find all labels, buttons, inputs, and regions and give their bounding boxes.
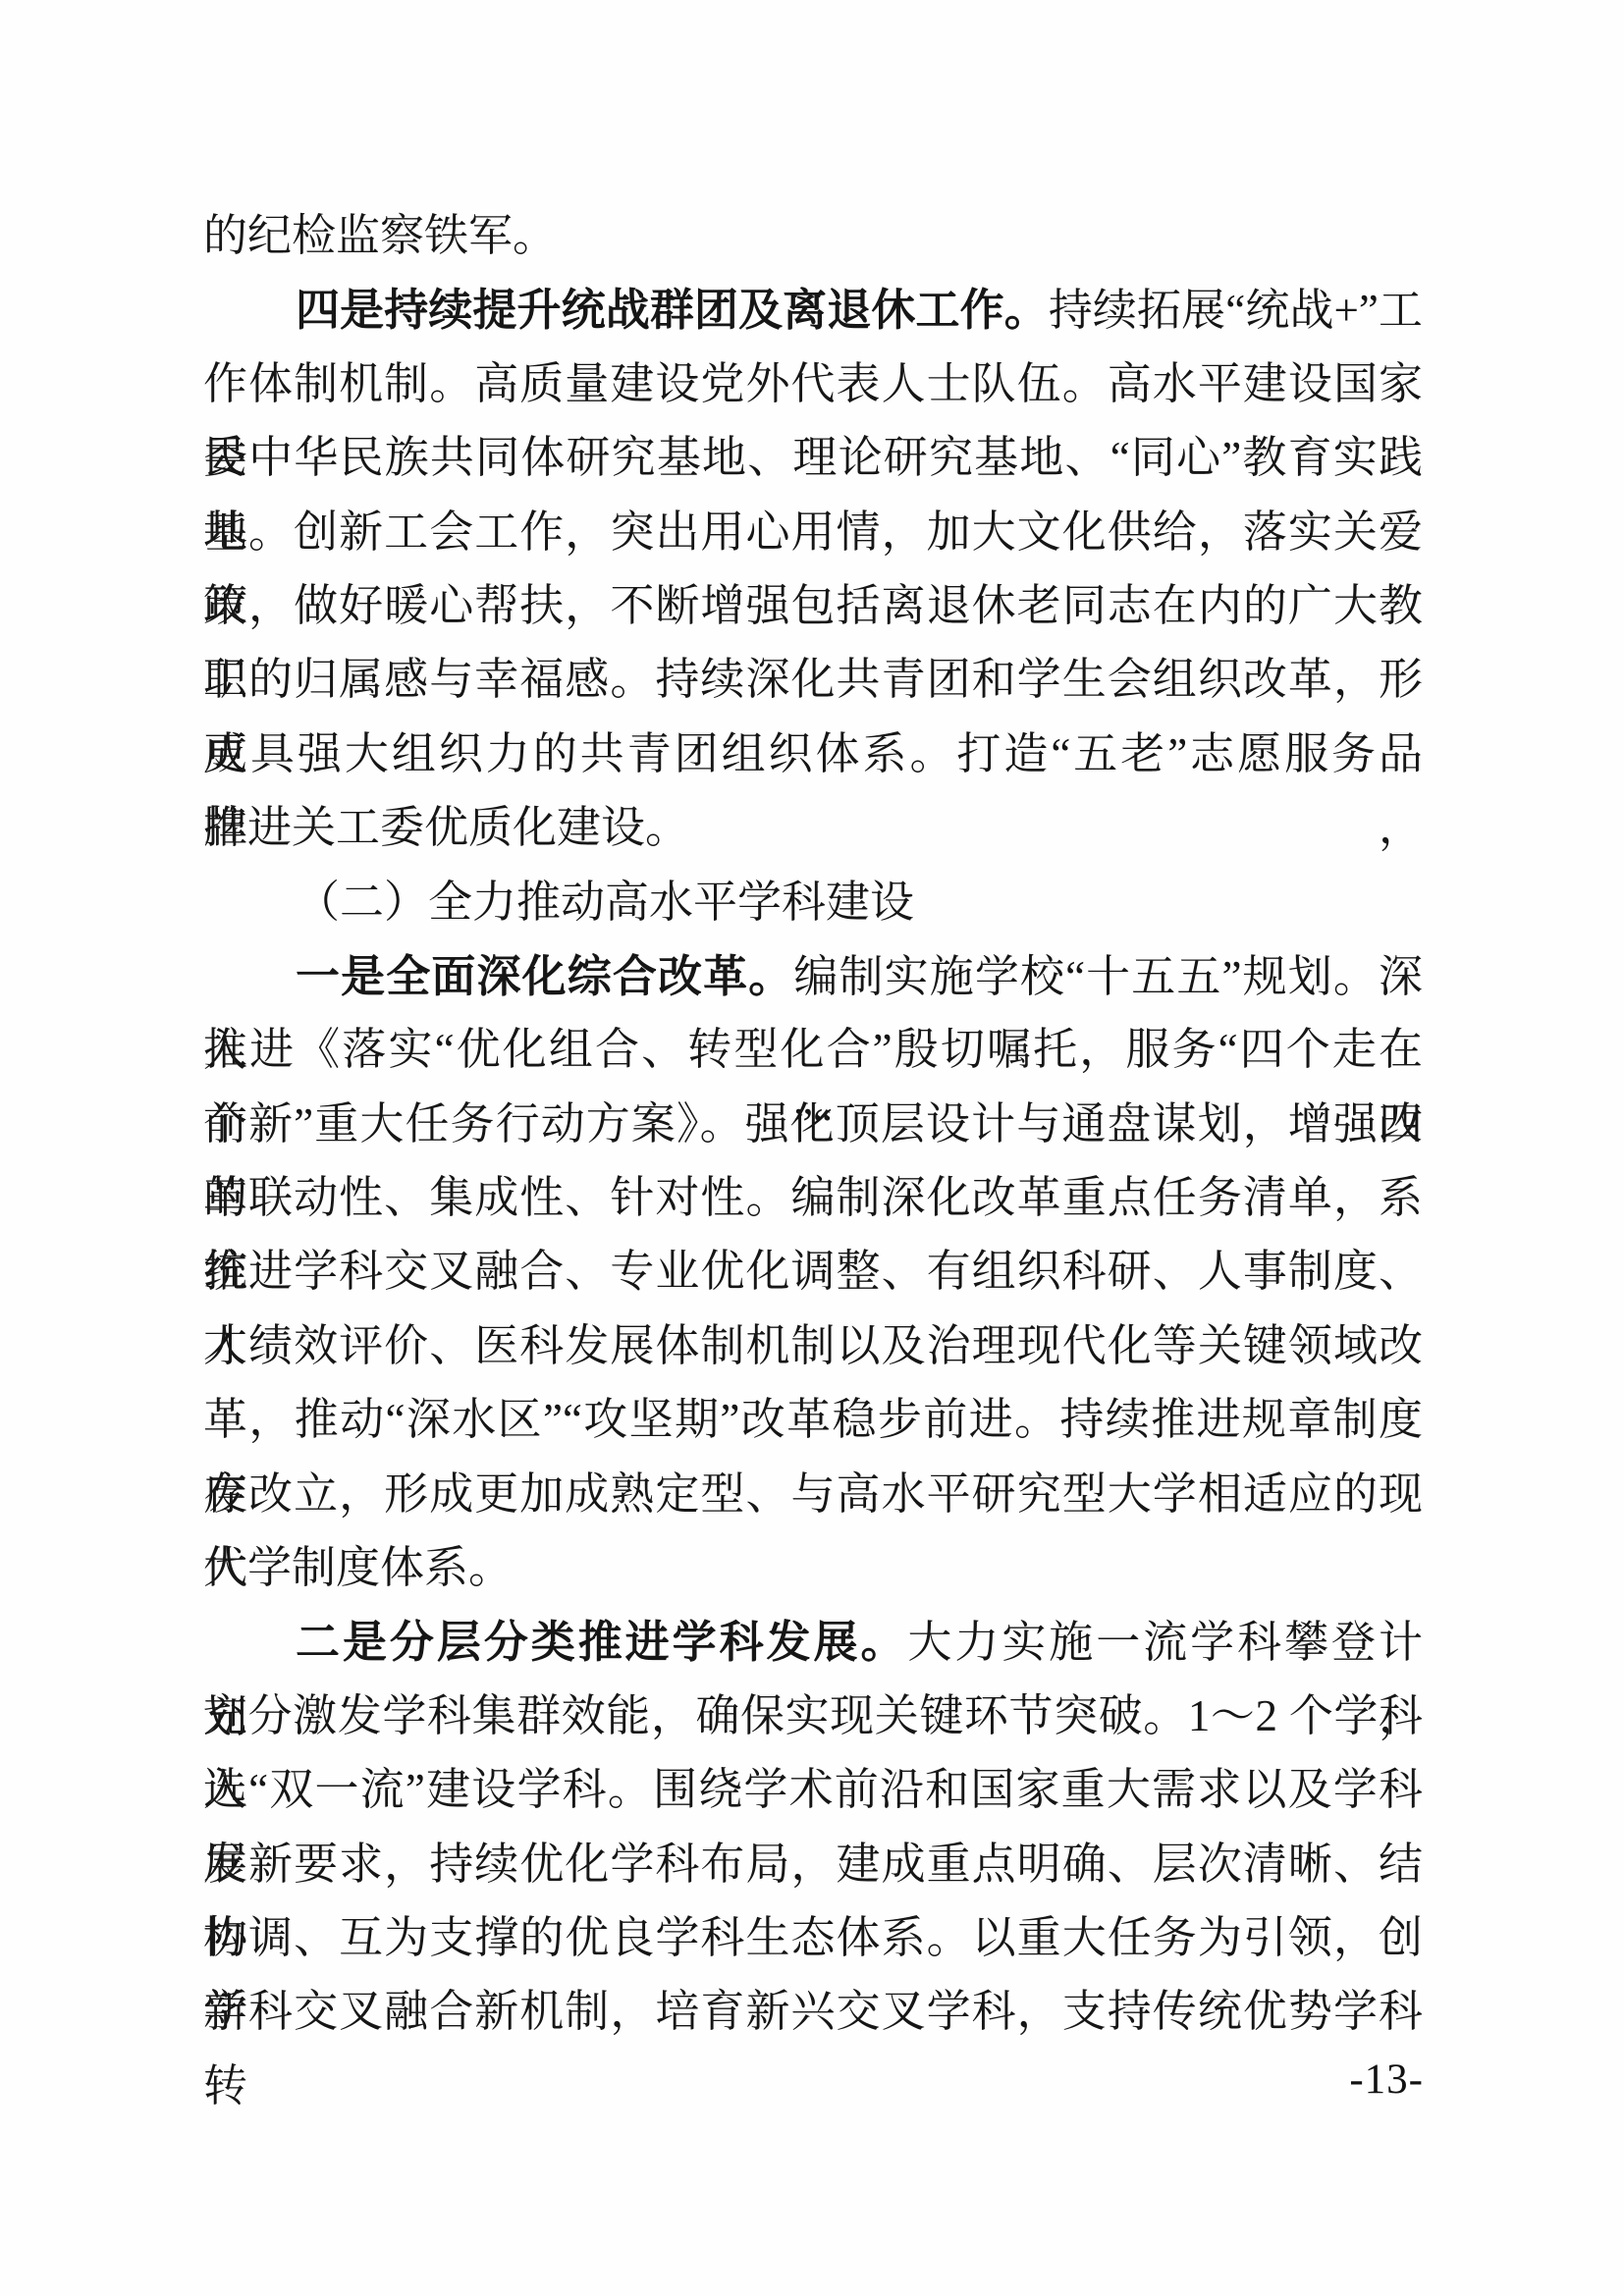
text-line: 充分激发学科集群效能，确保实现关键环节突破。1～2 个学科入 <box>203 1680 1423 1753</box>
text-line: 二是分层分类推进学科发展。大力实施一流学科攀登计划， <box>203 1605 1423 1679</box>
text-segment: 四是持续提升统战群团及离退休工作。 <box>296 285 1049 335</box>
text-line: 四是持续提升统战群团及离退休工作。持续拓展“统战+”工 <box>203 273 1423 347</box>
text-line: 选“双一流”建设学科。围绕学术前沿和国家重大需求以及学科发 <box>203 1753 1423 1827</box>
text-line: 策，做好暖心帮扶，不断增强包括离退休老同志在内的广大教职 <box>203 569 1423 643</box>
text-line: 才绩效评价、医科发展体制机制以及治理现代化等关键领域改 <box>203 1309 1423 1383</box>
document-page: 的纪检监察铁军。四是持续提升统战群团及离退休工作。持续拓展“统战+”工作体制机制… <box>0 0 1624 2296</box>
text-line: 革，推动“深水区”“攻坚期”改革稳步前进。持续推进规章制度存 <box>203 1383 1423 1457</box>
text-line: 的联动性、集成性、针对性。编制深化改革重点任务清单，系统 <box>203 1161 1423 1235</box>
text-segment: 学科交叉融合新机制，培育新兴交叉学科，支持传统优势学科转 <box>203 1987 1423 2109</box>
text-line: 作体制机制。高质量建设党外代表人士队伍。高水平建设国家民 <box>203 347 1423 421</box>
text-line: 地。创新工会工作，突出用心用情，加大文化供给，落实关爱政 <box>203 496 1423 569</box>
text-line: 更具强大组织力的共青团组织体系。打造“五老”志愿服务品牌， <box>203 718 1423 791</box>
text-segment: （二）全力推动高水平学科建设 <box>296 878 914 927</box>
text-segment: 大学制度体系。 <box>203 1543 513 1592</box>
text-line: 个新”重大任务行动方案》。强化顶层设计与通盘谋划，增强改革 <box>203 1088 1423 1161</box>
text-line: 委中华民族共同体研究基地、理论研究基地、“同心”教育实践基 <box>203 421 1423 495</box>
text-segment: 二是分层分类推进学科发展。 <box>296 1617 907 1667</box>
document-body: 的纪检监察铁军。四是持续提升统战群团及离退休工作。持续拓展“统战+”工作体制机制… <box>203 199 1423 2050</box>
text-line: 展新要求，持续优化学科布局，建成重点明确、层次清晰、结构 <box>203 1828 1423 1901</box>
text-segment: 才绩效评价、医科发展体制机制以及治理现代化等关键领域改 <box>203 1321 1423 1370</box>
text-line: 学科交叉融合新机制，培育新兴交叉学科，支持传统优势学科转 <box>203 1975 1423 2049</box>
text-segment: 的纪检监察铁军。 <box>203 211 557 260</box>
text-line: 工的归属感与幸福感。持续深化共青团和学生会组织改革，形成 <box>203 643 1423 717</box>
text-segment: 推进关工委优质化建设。 <box>203 803 689 852</box>
text-line: 推进《落实“优化组合、转型化合”殷切嘱托，服务“四个走在前”“四 <box>203 1013 1423 1087</box>
text-line: 废改立，形成更加成熟定型、与高水平研究型大学相适应的现代 <box>203 1458 1423 1531</box>
page-number: -13- <box>1316 2056 1424 2105</box>
text-segment: 持续拓展“统战+”工 <box>1049 286 1423 335</box>
text-line: 一是全面深化综合改革。编制实施学校“十五五”规划。深入 <box>203 939 1423 1013</box>
text-line: 推进学科交叉融合、专业优化调整、有组织科研、人事制度、人 <box>203 1235 1423 1308</box>
text-line: 的纪检监察铁军。 <box>203 199 1423 273</box>
text-segment: 一是全面深化综合改革。 <box>296 951 793 1001</box>
text-line: （二）全力推动高水平学科建设 <box>203 866 1423 939</box>
text-line: 大学制度体系。 <box>203 1531 1423 1605</box>
text-line: 协调、互为支撑的优良学科生态体系。以重大任务为引领，创新 <box>203 1901 1423 1975</box>
